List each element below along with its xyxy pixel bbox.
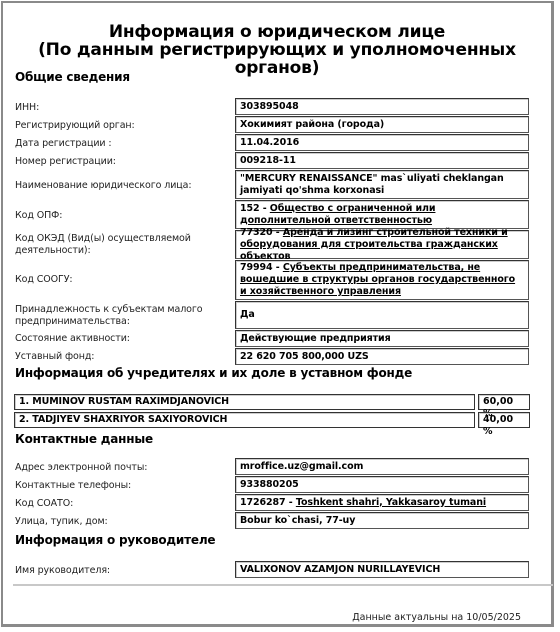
capital-value: 22 620 705 800,000 UZS	[235, 348, 529, 365]
reg-number-value: 009218-11	[235, 152, 529, 169]
page-title: Информация о юридическом лице (По данным…	[3, 23, 551, 77]
section-founders-heading: Информация об учредителях и их доле в ус…	[15, 366, 412, 380]
document-frame: Информация о юридическом лице (По данным…	[1, 1, 554, 627]
oked-code: 77320	[240, 227, 273, 238]
email-value: mroffice.uz@gmail.com	[235, 458, 529, 475]
footer-divider	[13, 584, 553, 586]
soato-value: 1726287 - Toshkent shahri, Yakkasaroy tu…	[235, 494, 529, 511]
soogu-code: 79994	[240, 262, 273, 273]
small-business-value: Да	[235, 301, 529, 329]
street-value: Bobur ko`chasi, 77-uy	[235, 512, 529, 529]
small-business-label: Принадлежность к субъектам малого предпр…	[15, 304, 220, 328]
opf-label: Код ОПФ:	[15, 210, 220, 222]
title-line-1: Информация о юридическом лице	[3, 23, 551, 41]
opf-code: 152	[240, 203, 260, 214]
director-value: VALIXONOV AZAMJON NURILLAYEVICH	[235, 561, 529, 578]
section-general-heading: Общие сведения	[15, 70, 130, 84]
soato-code: 1726287	[240, 497, 286, 508]
activity-label: Состояние активности:	[15, 333, 220, 345]
soato-link[interactable]: Toshkent shahri, Yakkasaroy tumani	[296, 497, 486, 508]
section-contacts-heading: Контактные данные	[15, 432, 153, 446]
reg-number-label: Номер регистрации:	[15, 156, 220, 168]
oked-label: Код ОКЭД (Вид(ы) осуществляемой деятельн…	[15, 233, 220, 257]
reg-body-value: Хокимият района (города)	[235, 116, 529, 133]
inn-value: 303895048	[235, 98, 529, 115]
soogu-value: 79994 - Субъекты предпринимательства, не…	[235, 260, 529, 300]
founder-share: 40,00 %	[478, 412, 530, 428]
opf-link[interactable]: Общество с ограниченной или дополнительн…	[240, 203, 435, 226]
data-actual-date: Данные актуальны на 10/05/2025	[352, 612, 521, 623]
oked-value: 77320 - Аренда и лизинг строительной тех…	[235, 230, 529, 259]
phone-label: Контактные телефоны:	[15, 480, 220, 492]
phone-value: 933880205	[235, 476, 529, 493]
soato-label: Код СОАТО:	[15, 498, 220, 510]
founder-name: 2. TADJIYEV SHAXRIYOR SAXIYOROVICH	[14, 412, 475, 428]
activity-value: Действующие предприятия	[235, 330, 529, 347]
director-label: Имя руководителя:	[15, 565, 220, 577]
reg-date-label: Дата регистрации :	[15, 138, 220, 150]
reg-body-label: Регистрирующий орган:	[15, 120, 220, 132]
inn-label: ИНН:	[15, 102, 220, 114]
email-label: Адрес электронной почты:	[15, 462, 220, 474]
entity-name-label: Наименование юридического лица:	[15, 180, 220, 192]
opf-value: 152 - Общество с ограниченной или дополн…	[235, 200, 529, 229]
capital-label: Уставный фонд:	[15, 351, 220, 363]
section-director-heading: Информация о руководителе	[15, 533, 215, 547]
founder-share: 60,00 %	[478, 394, 530, 410]
reg-date-value: 11.04.2016	[235, 134, 529, 151]
soogu-label: Код СООГУ:	[15, 274, 220, 286]
street-label: Улица, тупик, дом:	[15, 516, 220, 528]
founder-name: 1. MUMINOV RUSTAM RAXIMDJANOVICH	[14, 394, 475, 410]
entity-name-value: "MERCURY RENAISSANCE" mas`uliyati chekla…	[235, 170, 529, 199]
